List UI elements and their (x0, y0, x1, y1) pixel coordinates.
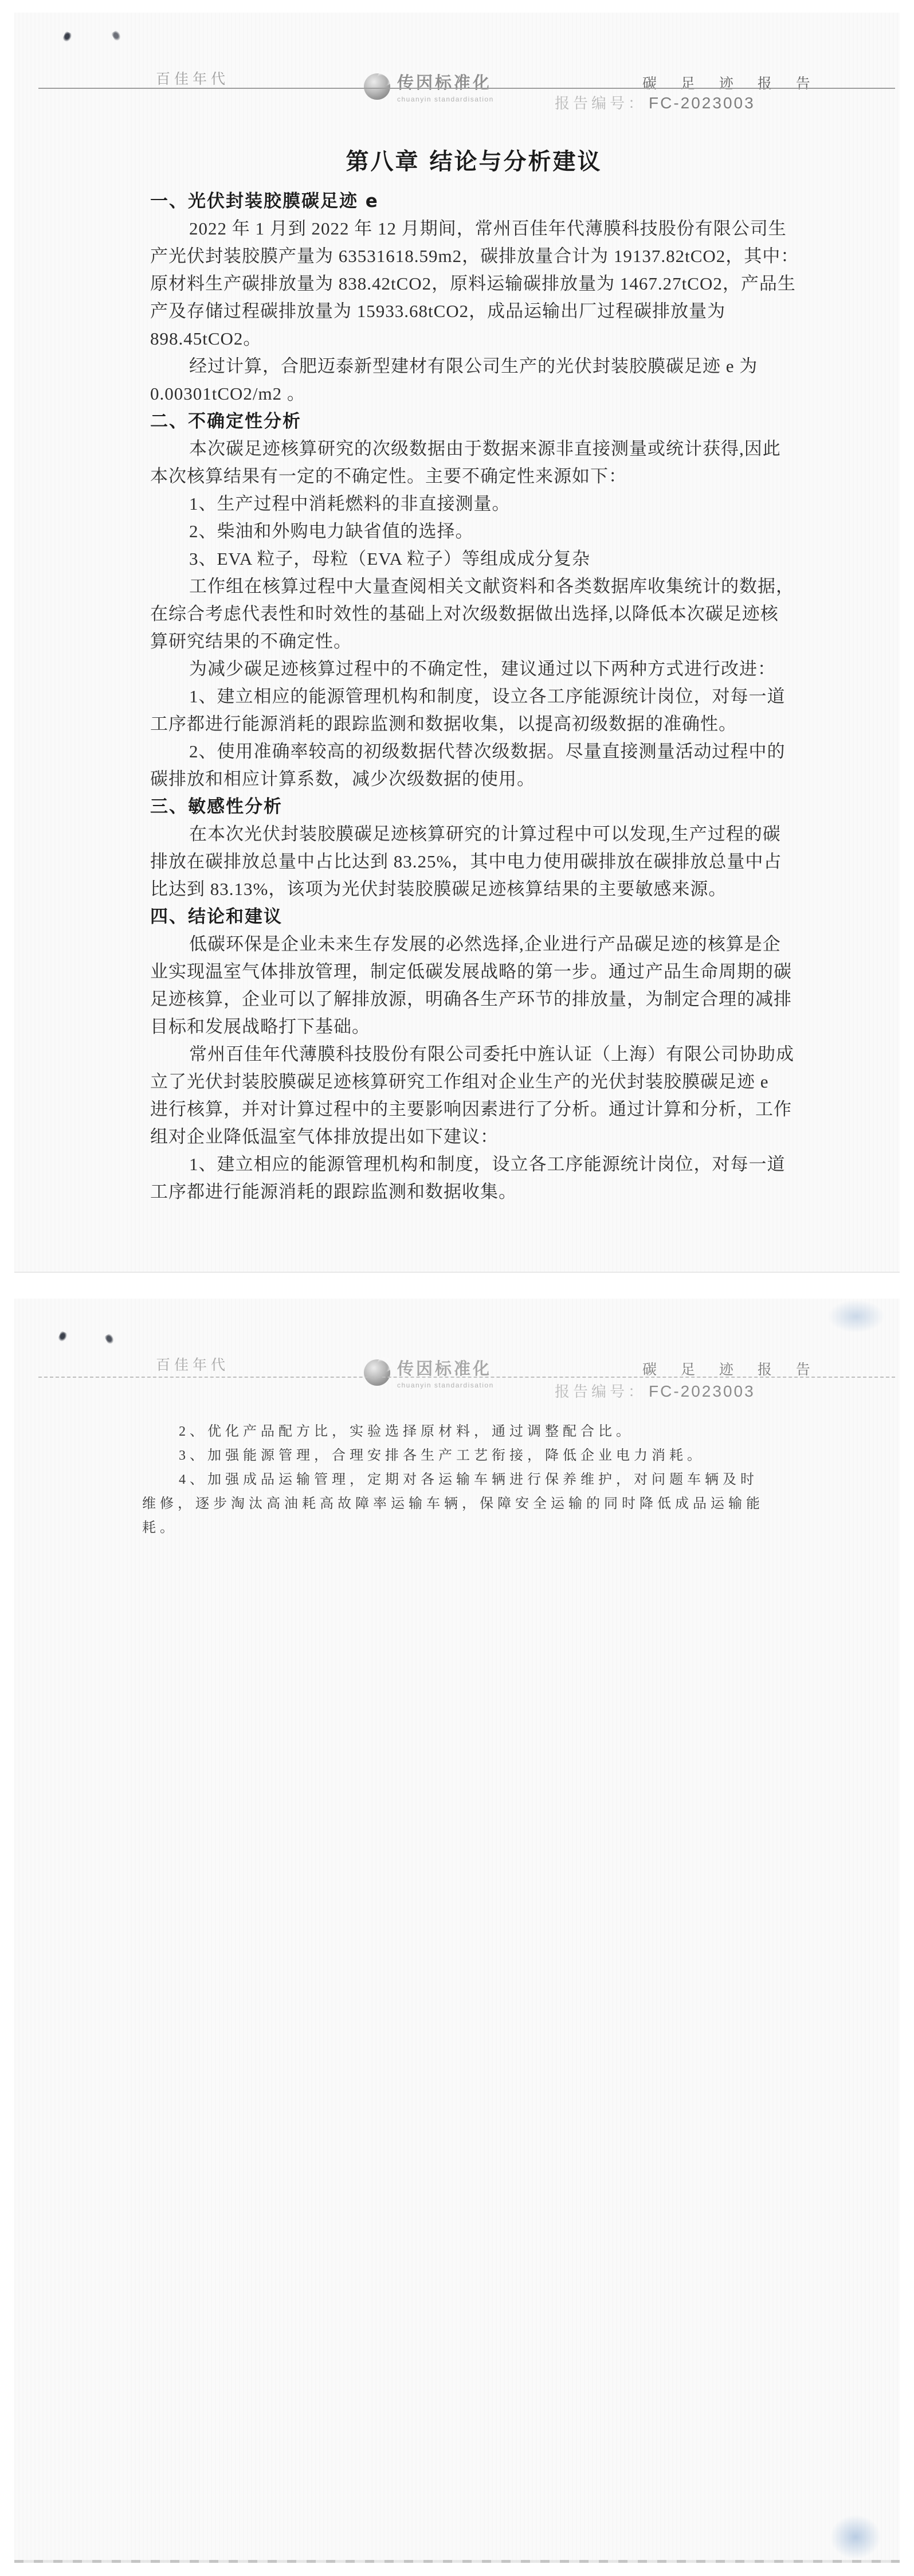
globe-swirl-icon (364, 1359, 390, 1386)
text-line: 耗。 (142, 1516, 781, 1540)
text-line: 工序都进行能源消耗的跟踪监测和数据收集，以提高初级数据的准确性。 (150, 710, 798, 738)
text-line: 1、建立相应的能源管理机构和制度，设立各工序能源统计岗位，对每一道 (150, 1151, 798, 1178)
certifier-tagline: chuanyin standardisation (397, 95, 494, 103)
text-line: 为减少碳足迹核算过程中的不确定性，建议通过以下两种方式进行改进： (150, 655, 798, 683)
text-line: 4、加强成品运输管理，定期对各运输车辆进行保养维护，对问题车辆及时 (142, 1468, 781, 1492)
text-line: 2022 年 1 月到 2022 年 12 月期间，常州百佳年代薄膜科技股份有限… (150, 215, 798, 243)
certifier-name: 传因标准化 (397, 1356, 494, 1379)
text-line: 四、结论和建议 (150, 903, 798, 931)
report-number: 报告编号： FC-2023003 (555, 1380, 755, 1401)
text-line: 原材料生产碳排放量为 838.42tCO2，原料运输碳排放量为 1467.27t… (150, 270, 798, 298)
report-number-value: FC-2023003 (649, 94, 755, 112)
text-line: 1、生产过程中消耗燃料的非直接测量。 (150, 490, 798, 518)
report-number-label: 报告编号： (555, 1383, 646, 1401)
report-number: 报告编号： FC-2023003 (555, 92, 755, 113)
text-line: 进行核算，并对计算过程中的主要影响因素进行了分析。通过计算和分析，工作 (150, 1096, 798, 1123)
text-line: 三、敏感性分析 (150, 793, 798, 820)
certifier-logo: 传因标准化 chuanyin standardisation (364, 1356, 494, 1389)
blue-smudge (827, 1300, 885, 1333)
scan-canvas: 百佳年代 传因标准化 chuanyin standardisation 碳 足 … (0, 0, 914, 2576)
ink-mark (57, 1331, 68, 1343)
text-line: 本次碳足迹核算研究的次级数据由于数据来源非直接测量或统计获得,因此 (150, 435, 798, 463)
text-line: 碳排放和相应计算系数，减少次级数据的使用。 (150, 765, 798, 793)
text-line: 898.45tCO2。 (150, 325, 798, 353)
company-name: 百佳年代 (156, 1354, 229, 1374)
text-line: 0.00301tCO2/m2 。 (150, 380, 798, 408)
blue-smudge (830, 2515, 881, 2559)
text-line: 2、柴油和外购电力缺省值的选择。 (150, 518, 798, 545)
text-line: 二、不确定性分析 (150, 408, 798, 435)
text-line: 算研究结果的不确定性。 (150, 628, 798, 655)
text-line: 2、使用准确率较高的初级数据代替次级数据。尽量直接测量活动过程中的 (150, 738, 798, 765)
text-line: 排放在碳排放总量中占比达到 83.25%，其中电力使用碳排放在碳排放总量中占 (150, 848, 798, 875)
text-line: 工序都进行能源消耗的跟踪监测和数据收集。 (150, 1178, 798, 1206)
certifier-name: 传因标准化 (397, 70, 494, 93)
ink-mark (104, 1333, 116, 1345)
text-line: 目标和发展战略打下基础。 (150, 1013, 798, 1041)
text-line: 本次核算结果有一定的不确定性。主要不确定性来源如下： (150, 463, 798, 490)
text-line: 产光伏封装胶膜产量为 63531618.59m2，碳排放量合计为 19137.8… (150, 243, 798, 270)
certifier-logo: 传因标准化 chuanyin standardisation (364, 70, 494, 103)
text-line: 工作组在核算过程中大量查阅相关文献资料和各类数据库收集统计的数据， (150, 573, 798, 600)
text-line: 3、加强能源管理，合理安排各生产工艺衔接，降低企业电力消耗。 (142, 1444, 781, 1468)
doc-type-label: 碳 足 迹 报 告 (642, 1358, 820, 1379)
text-line: 2、优化产品配方比，实验选择原材料，通过调整配合比。 (142, 1420, 781, 1444)
certifier-tagline: chuanyin standardisation (397, 1381, 494, 1389)
text-line: 立了光伏封装胶膜碳足迹核算研究工作组对企业生产的光伏封装胶膜碳足迹 e (150, 1068, 798, 1096)
text-line: 1、建立相应的能源管理机构和制度，设立各工序能源统计岗位，对每一道 (150, 683, 798, 710)
text-line: 常州百佳年代薄膜科技股份有限公司委托中旌认证（上海）有限公司协助成 (150, 1041, 798, 1068)
ink-mark (111, 30, 123, 42)
text-line: 一、光伏封装胶膜碳足迹 e (150, 187, 798, 215)
text-line: 足迹核算，企业可以了解排放源，明确各生产环节的排放量，为制定合理的减排 (150, 986, 798, 1013)
text-line: 比达到 83.13%，该项为光伏封装胶膜碳足迹核算结果的主要敏感来源。 (150, 875, 798, 903)
text-line: 低碳环保是企业未来生存发展的必然选择,企业进行产品碳足迹的核算是企 (150, 931, 798, 958)
ink-mark (62, 31, 73, 43)
report-page-1: 百佳年代 传因标准化 chuanyin standardisation 碳 足 … (14, 13, 900, 1273)
report-number-label: 报告编号： (555, 95, 646, 112)
report-number-value: FC-2023003 (649, 1382, 755, 1400)
globe-swirl-icon (364, 73, 390, 100)
page2-body-text: 2、优化产品配方比，实验选择原材料，通过调整配合比。3、加强能源管理，合理安排各… (142, 1420, 781, 1540)
page1-body-text: 一、光伏封装胶膜碳足迹 e2022 年 1 月到 2022 年 12 月期间，常… (150, 187, 798, 1206)
company-name: 百佳年代 (156, 68, 229, 88)
text-line: 业实现温室气体排放管理，制定低碳发展战略的第一步。通过产品生命周期的碳 (150, 958, 798, 986)
text-line: 在本次光伏封装胶膜碳足迹核算研究的计算过程中可以发现,生产过程的碳 (150, 820, 798, 848)
report-page-2: 百佳年代 传因标准化 chuanyin standardisation 碳 足 … (14, 1299, 900, 2563)
text-line: 维修，逐步淘汰高油耗高故障率运输车辆，保障安全运输的同时降低成品运输能 (142, 1492, 781, 1516)
text-line: 在综合考虑代表性和时效性的基础上对次级数据做出选择,以降低本次碳足迹核 (150, 600, 798, 628)
doc-type-label: 碳 足 迹 报 告 (642, 72, 820, 93)
text-line: 经过计算，合肥迈泰新型建材有限公司生产的光伏封装胶膜碳足迹 e 为 (150, 353, 798, 380)
header-rule (38, 88, 895, 89)
text-line: 产及存储过程碳排放量为 15933.68tCO2，成品运输出厂过程碳排放量为 (150, 298, 798, 325)
header-rule (38, 1377, 895, 1378)
text-line: 组对企业降低温室气体排放提出如下建议： (150, 1123, 798, 1151)
text-line: 3、EVA 粒子，母粒（EVA 粒子）等组成成分复杂 (150, 545, 798, 573)
chapter-title: 第八章 结论与分析建议 (245, 143, 703, 176)
